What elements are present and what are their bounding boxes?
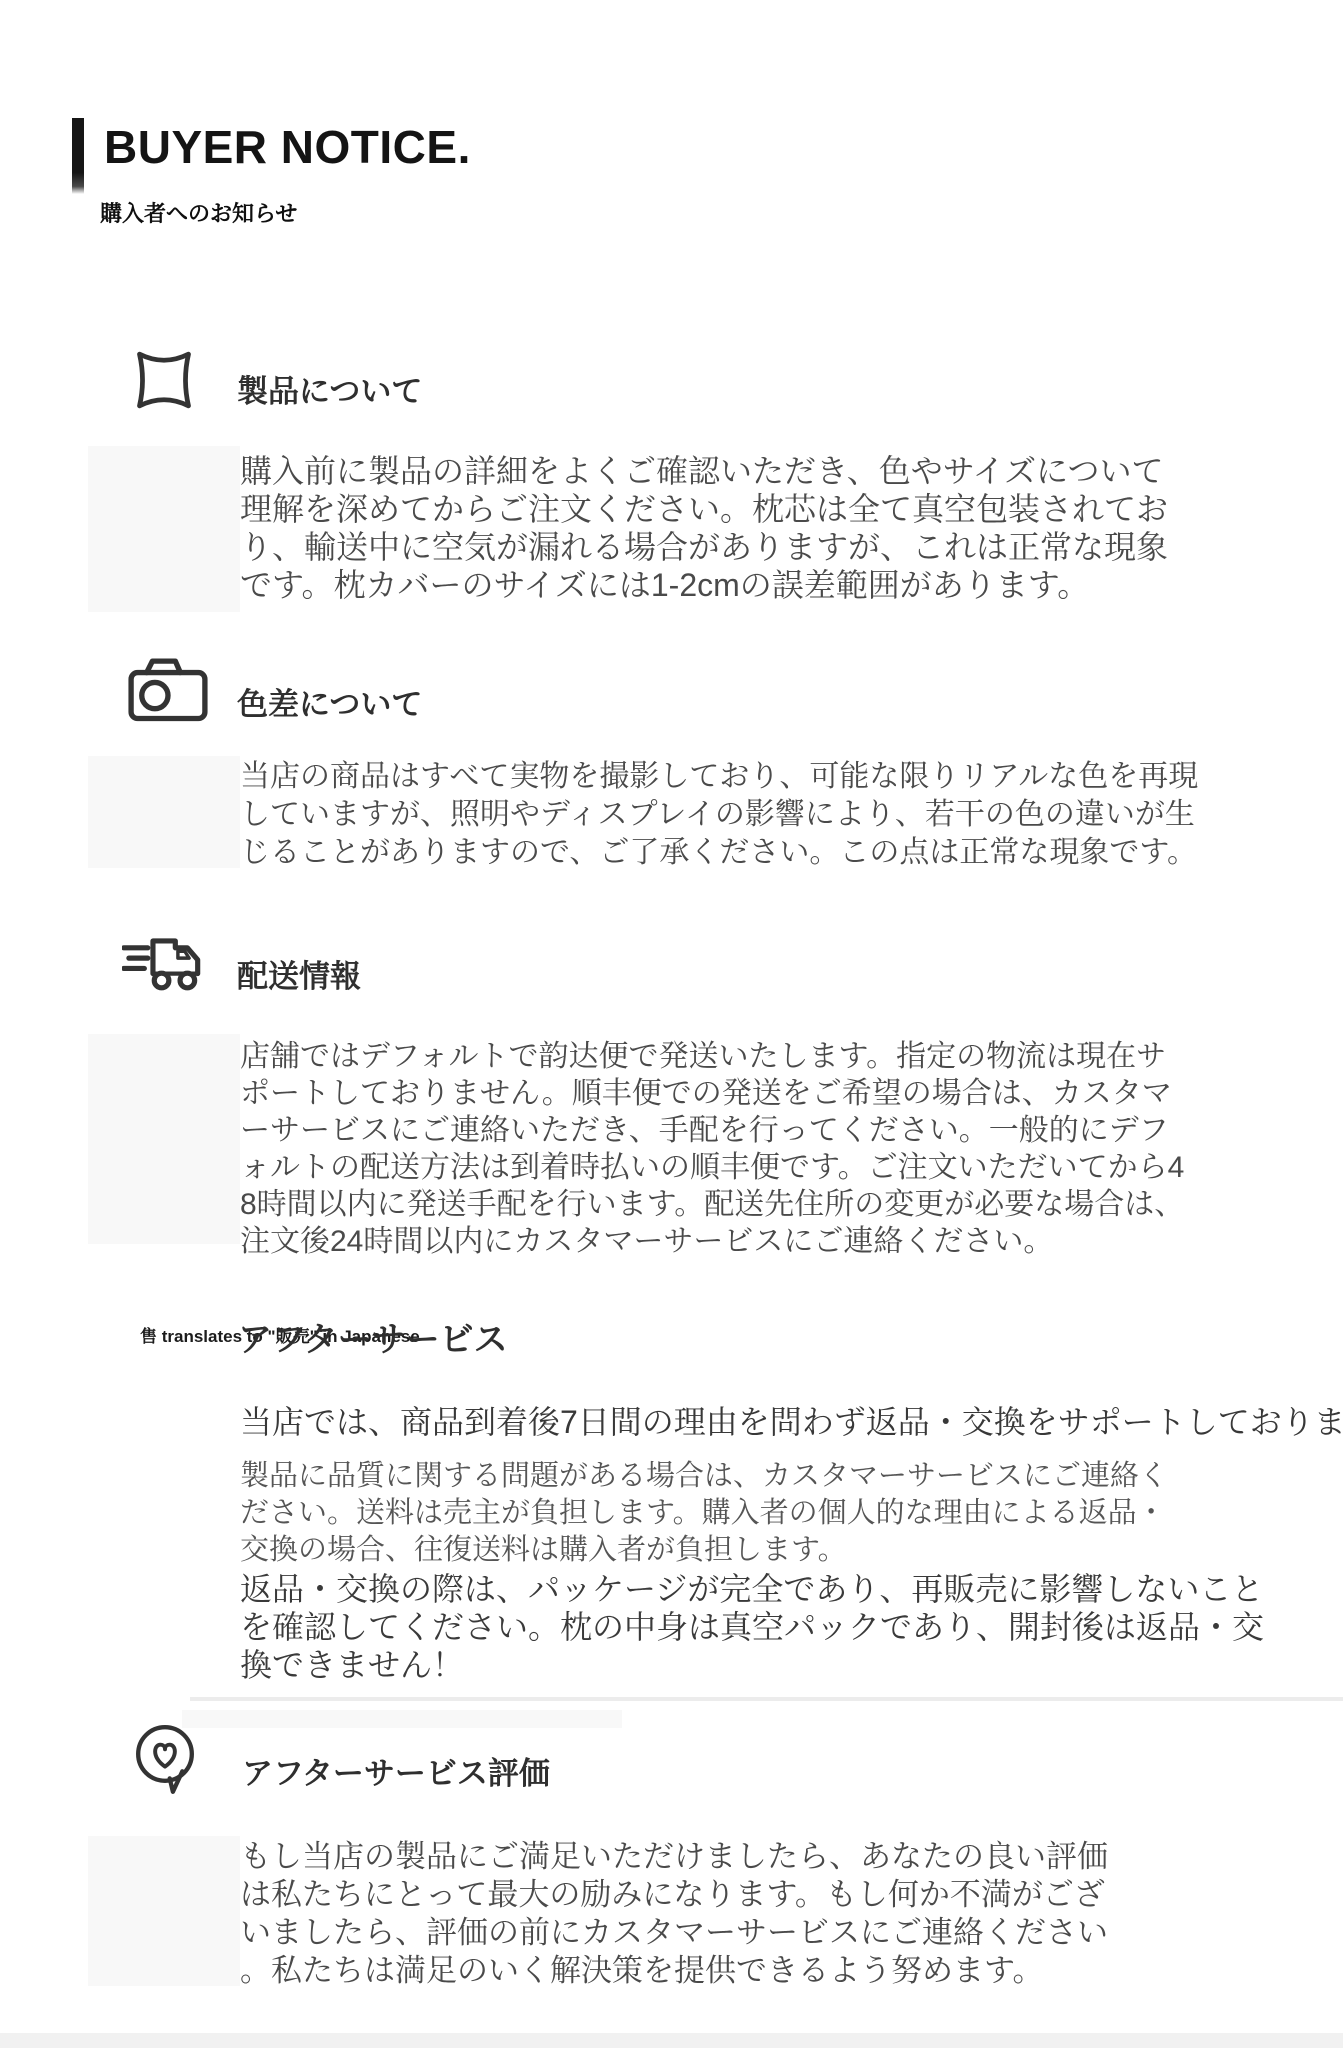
- page-subtitle: 購入者へのお知らせ: [100, 197, 297, 228]
- background-patch: [88, 1836, 240, 1986]
- section-heading-product: 製品について: [237, 366, 422, 411]
- after-service-emphasis: 返品・交換の際は、パッケージが完全であり、再販売に影響しないこと を確認してくだ…: [240, 1570, 1264, 1684]
- section-heading-color: 色差について: [237, 679, 422, 724]
- buyer-notice-page: BUYER NOTICE. 購入者へのお知らせ 製品について 購入前に製品の詳細…: [0, 0, 1343, 2048]
- background-patch: [88, 446, 240, 612]
- section-heading-review: アフターサービス評価: [242, 1748, 550, 1793]
- background-patch: [182, 1710, 622, 1728]
- pillow-icon: [130, 344, 198, 416]
- section-body-color: 当店の商品はすべて実物を撮影しており、可能な限りリアルな色を再現 していますが、…: [240, 758, 1198, 872]
- section-heading-shipping: 配送情報: [237, 951, 361, 996]
- camera-icon: [127, 654, 209, 724]
- section-divider: [190, 1697, 1343, 1701]
- section-body-review: もし当店の製品にご満足いただけましたら、あなたの良い評価 は私たちにとって最大の…: [240, 1838, 1108, 1990]
- bottom-strip: [0, 2033, 1343, 2048]
- page-title: BUYER NOTICE.: [104, 120, 471, 174]
- after-service-body: 製品に品質に関する問題がある場合は、カスタマーサービスにご連絡く ださい。送料は…: [240, 1458, 1168, 1569]
- background-patch: [88, 1034, 240, 1244]
- heart-speech-bubble-icon: [133, 1724, 197, 1806]
- title-accent-bar: [72, 118, 84, 194]
- truck-icon: [122, 930, 208, 1000]
- section-heading-after-service: アフターサービス: [238, 1312, 508, 1361]
- section-body-product: 購入前に製品の詳細をよくご確認いただき、色やサイズについて 理解を深めてからご注…: [240, 452, 1168, 604]
- section-body-shipping: 店舗ではデフォルトで韵达便で発送いたします。指定の物流は現在サ ポートしておりま…: [240, 1038, 1184, 1260]
- after-service-lead: 当店では、商品到着後7日間の理由を問わず返品・交換をサポートしておりま: [240, 1402, 1343, 1442]
- background-patch: [88, 756, 240, 868]
